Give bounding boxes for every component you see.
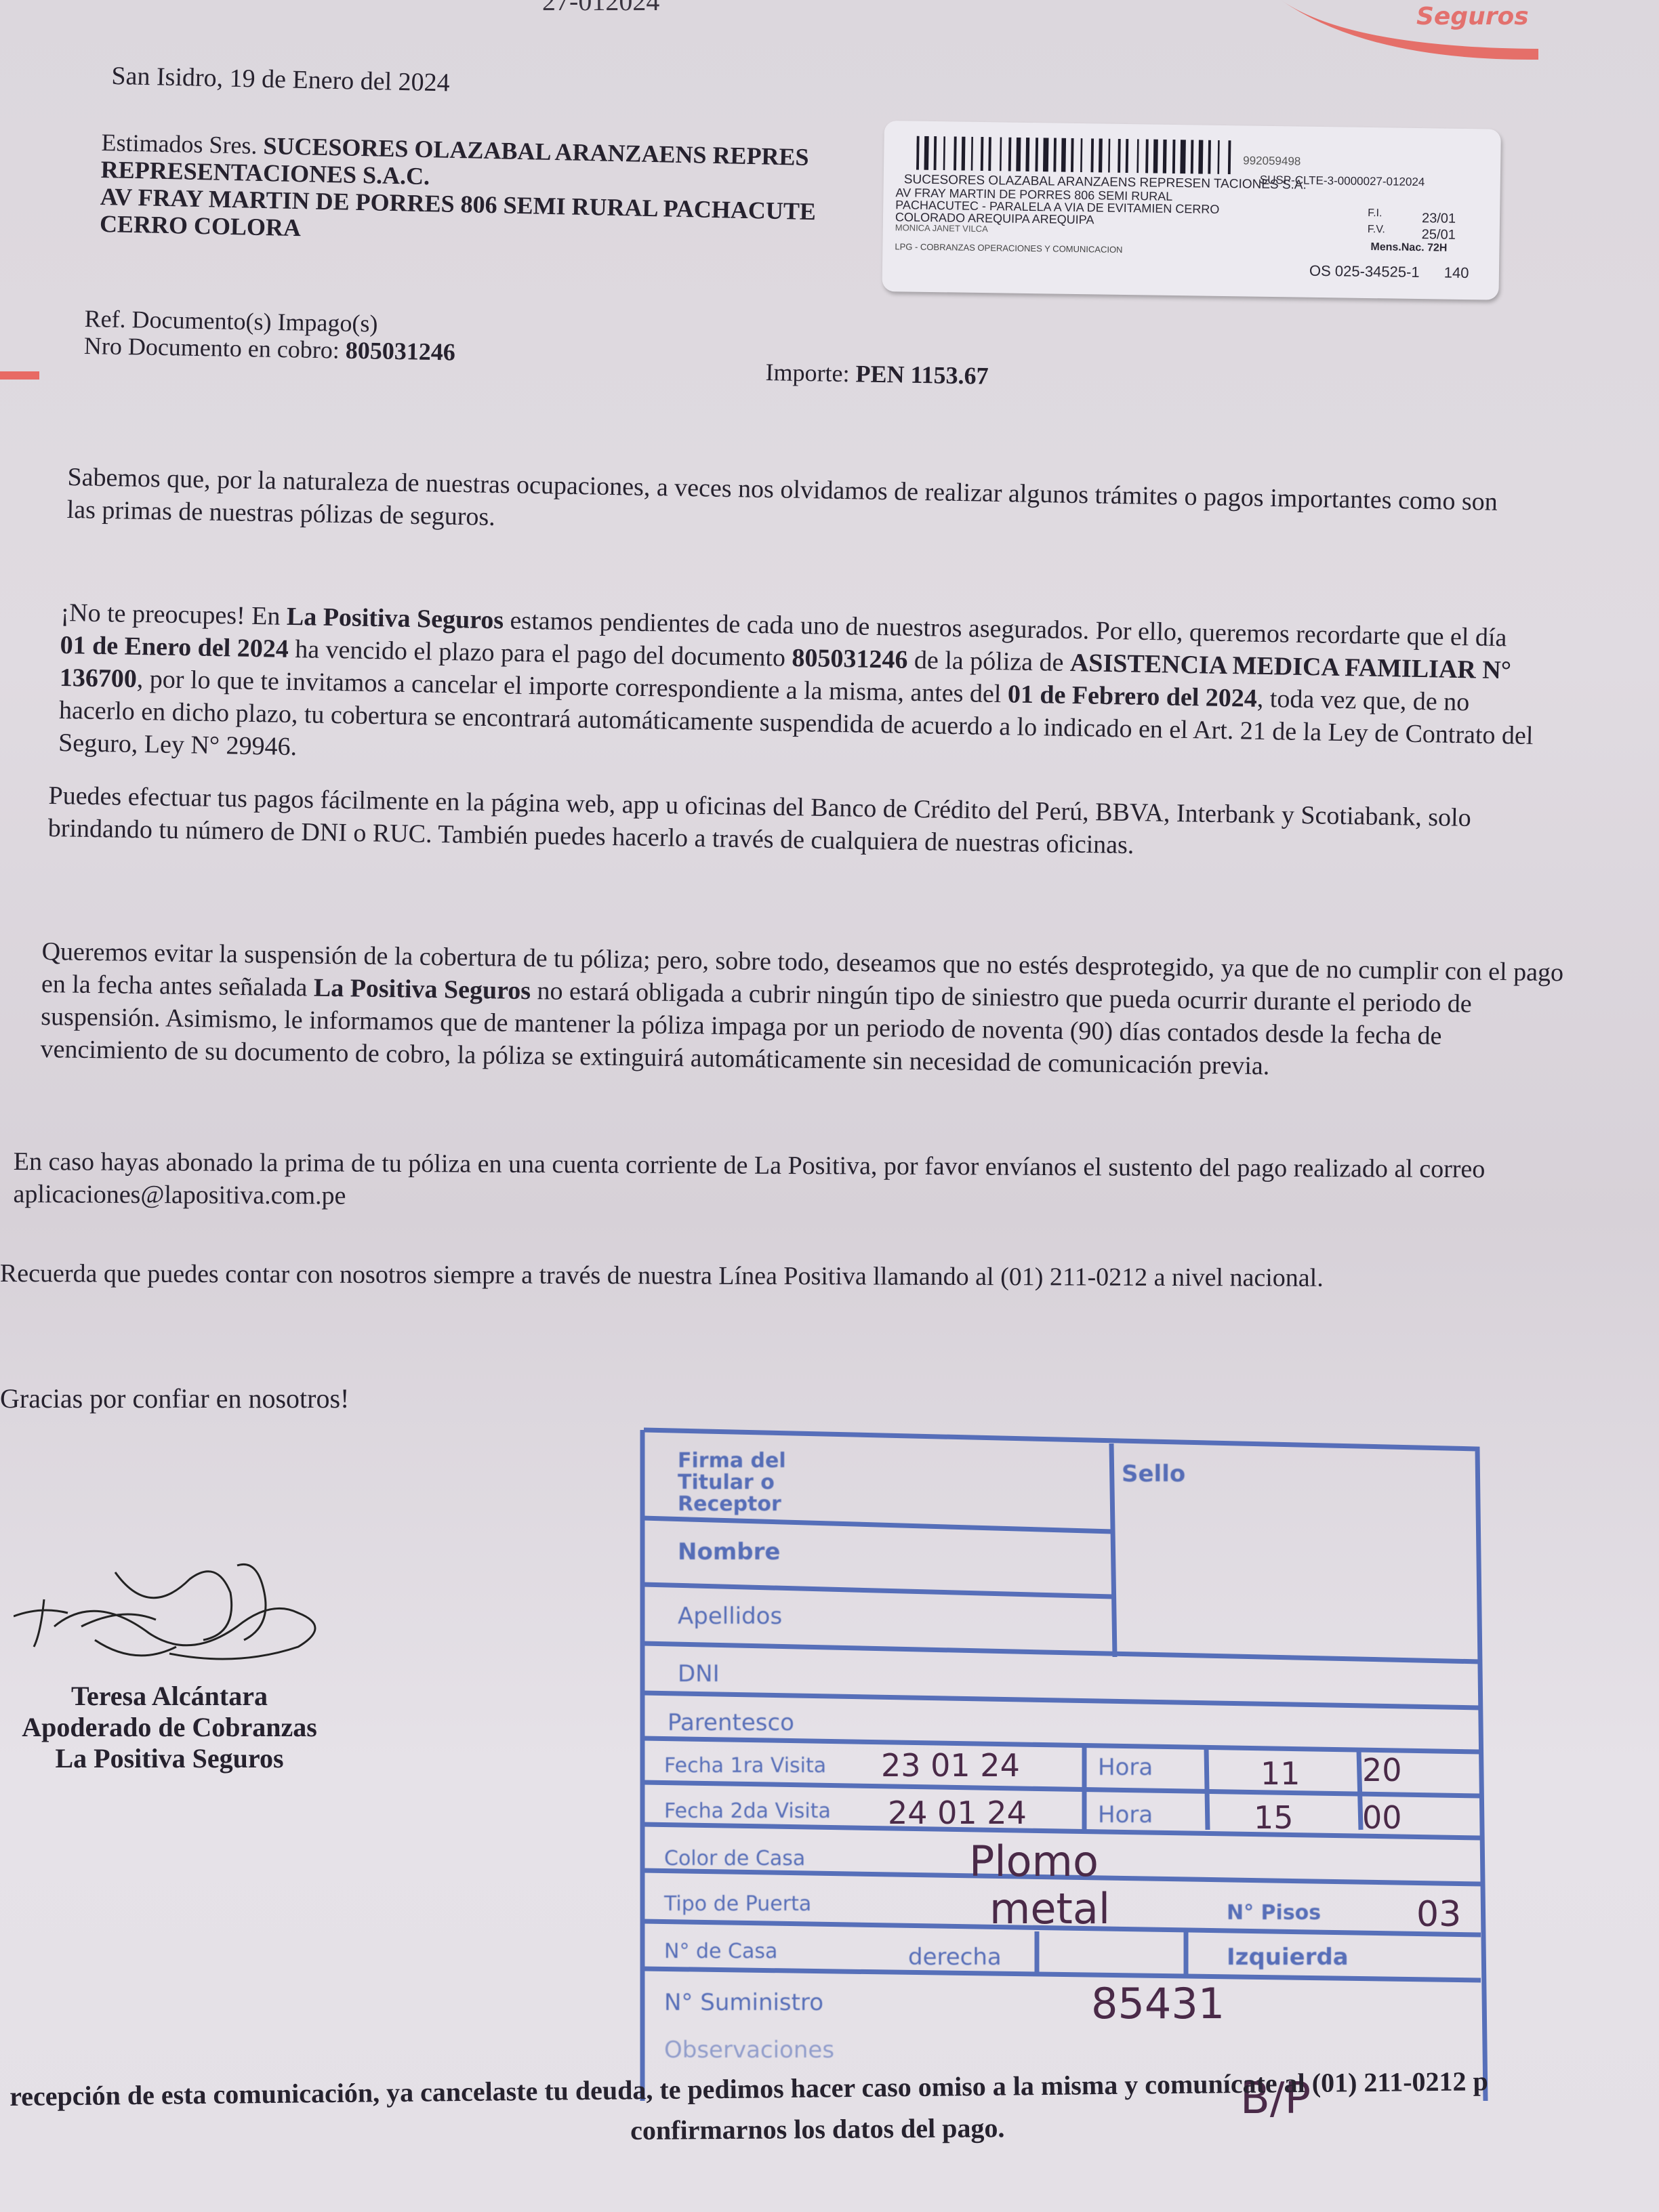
stamp-label-hora2: Hora <box>1098 1801 1153 1828</box>
stamp-label-nombre: Nombre <box>678 1538 780 1565</box>
paragraph-2: ¡No te preocupes! En La Positiva Seguros… <box>58 596 1538 785</box>
closing: Gracias por confiar en nosotros! <box>0 1382 349 1415</box>
letter-page: 27-012024 Seguros San Isidro, 19 de Ener… <box>0 0 1659 2212</box>
signer-role: Apoderado de Cobranzas <box>0 1712 339 1743</box>
p2-due-date: 01 de Enero del 2024 <box>60 631 289 663</box>
p4-company: La Positiva Seguros <box>314 974 531 1005</box>
stamp-label-derecha: derecha <box>908 1944 1002 1971</box>
hw-n-pisos: 03 <box>1416 1894 1461 1935</box>
stamp-label-observaciones: Observaciones <box>664 2036 834 2064</box>
fi-label: F.I. <box>1368 207 1382 220</box>
signature-block: Teresa Alcántara Apoderado de Cobranzas … <box>0 1681 339 1774</box>
address-line2: CERRO COLORA <box>100 210 302 241</box>
stamp-label-apellidos: Apellidos <box>678 1603 782 1630</box>
letter-date: San Isidro, 19 de Enero del 2024 <box>111 61 450 98</box>
fv-label: F.V. <box>1368 224 1385 236</box>
fv-value: 25/01 <box>1422 227 1456 243</box>
doc-label: Nro Documento en cobro: <box>84 332 340 364</box>
paragraph-4: Queremos evitar la suspensión de la cobe… <box>40 935 1573 1087</box>
p2-doc-number: 805031246 <box>792 644 908 674</box>
p2-text: de la póliza de <box>907 646 1070 677</box>
label-dept: LPG - COBRANZAS OPERACIONES Y COMUNICACI… <box>895 241 1122 255</box>
top-cut-code: 27-012024 <box>542 0 659 17</box>
p2-text: ¡No te preocupes! En <box>60 598 287 631</box>
stamp-label-n-pisos: N° Pisos <box>1227 1901 1321 1925</box>
stamp-label-n-casa: N° de Casa <box>664 1940 777 1963</box>
importe: Importe: PEN 1153.67 <box>765 358 989 390</box>
stamp-label-parentesco: Parentesco <box>668 1709 794 1736</box>
hw-fecha2: 24 01 24 <box>888 1795 1027 1831</box>
fold-mark <box>0 371 39 380</box>
mailing-label: 992059498 SUCESORES OLAZABAL ARANZAENS R… <box>882 121 1500 300</box>
signature-icon <box>14 1552 339 1681</box>
stamp-label-fecha1: Fecha 1ra Visita <box>664 1754 826 1778</box>
importe-value: PEN 1153.67 <box>855 360 989 389</box>
os-value: 025-34525-1 <box>1335 262 1420 281</box>
paragraph-1: Sabemos que, por la naturaleza de nuestr… <box>66 461 1524 552</box>
paragraph-6: Recuerda que puedes contar con nosotros … <box>0 1257 1654 1296</box>
reference-block: Ref. Documento(s) Impago(s) Nro Document… <box>84 305 456 366</box>
p2-deadline: 01 de Febrero del 2024 <box>1008 680 1258 712</box>
salutation: Estimados Sres. <box>101 129 258 159</box>
footer-line2: confirmarnos los datos del pago. <box>630 2112 1005 2146</box>
stamp-label-dni: DNI <box>678 1660 720 1687</box>
os-number: OS 025-34525-1 140 <box>1309 262 1469 282</box>
doc-number: 805031246 <box>345 337 455 366</box>
os-suffix: 140 <box>1444 264 1469 282</box>
barcode-icon <box>916 136 1235 175</box>
hw-hora2-h: 15 <box>1254 1799 1294 1836</box>
stamp-label-hora1: Hora <box>1098 1754 1153 1781</box>
stamp-label-izquierda: Izquierda <box>1227 1944 1349 1971</box>
os-label: OS <box>1309 262 1331 279</box>
recipient-block: Estimados Sres. SUCESORES OLAZABAL ARANZ… <box>100 129 817 252</box>
fi-value: 23/01 <box>1422 211 1456 227</box>
hw-fecha1: 23 01 24 <box>881 1747 1020 1784</box>
p2-text: ha vencido el plazo para el pago del doc… <box>288 635 792 672</box>
barcode-number: 992059498 <box>1243 154 1300 168</box>
stamp-label-fecha2: Fecha 2da Visita <box>664 1799 831 1823</box>
signer-company: La Positiva Seguros <box>0 1743 339 1774</box>
stamp-label-firma: Firma del Titular o Receptor <box>678 1450 840 1515</box>
label-code: SUSP-CLTE-3-0000027-012024 <box>1260 173 1425 189</box>
label-contact: MONICA JANET VILCA <box>895 222 988 234</box>
stamp-label-suministro: N° Suministro <box>664 1989 823 2016</box>
stamp-label-color-casa: Color de Casa <box>664 1847 805 1870</box>
hw-hora1-h: 11 <box>1261 1755 1300 1792</box>
hw-hora1-m: 20 <box>1362 1752 1402 1788</box>
hw-suministro: 85431 <box>1091 1979 1225 2028</box>
p2-company: La Positiva Seguros <box>287 602 504 635</box>
stamp-label-tipo-puerta: Tipo de Puerta <box>664 1892 811 1916</box>
stamp-label-sello: Sello <box>1122 1460 1185 1488</box>
hw-hora2-m: 00 <box>1362 1799 1402 1836</box>
hw-color-casa: Plomo <box>969 1837 1099 1886</box>
delivery-stamp: Firma del Titular o Receptor Sello Nombr… <box>630 1423 1511 2101</box>
paragraph-5: En caso hayas abonado la prima de tu pól… <box>13 1145 1639 1219</box>
service-type: Mens.Nac. 72H <box>1370 241 1447 255</box>
signer-name: Teresa Alcántara <box>0 1681 339 1712</box>
paragraph-3: Puedes efectuar tus pagos fácilmente en … <box>47 779 1559 868</box>
importe-label: Importe: <box>765 359 850 387</box>
logo-seguros: Seguros <box>1416 3 1529 30</box>
hw-tipo-puerta: metal <box>989 1884 1110 1933</box>
